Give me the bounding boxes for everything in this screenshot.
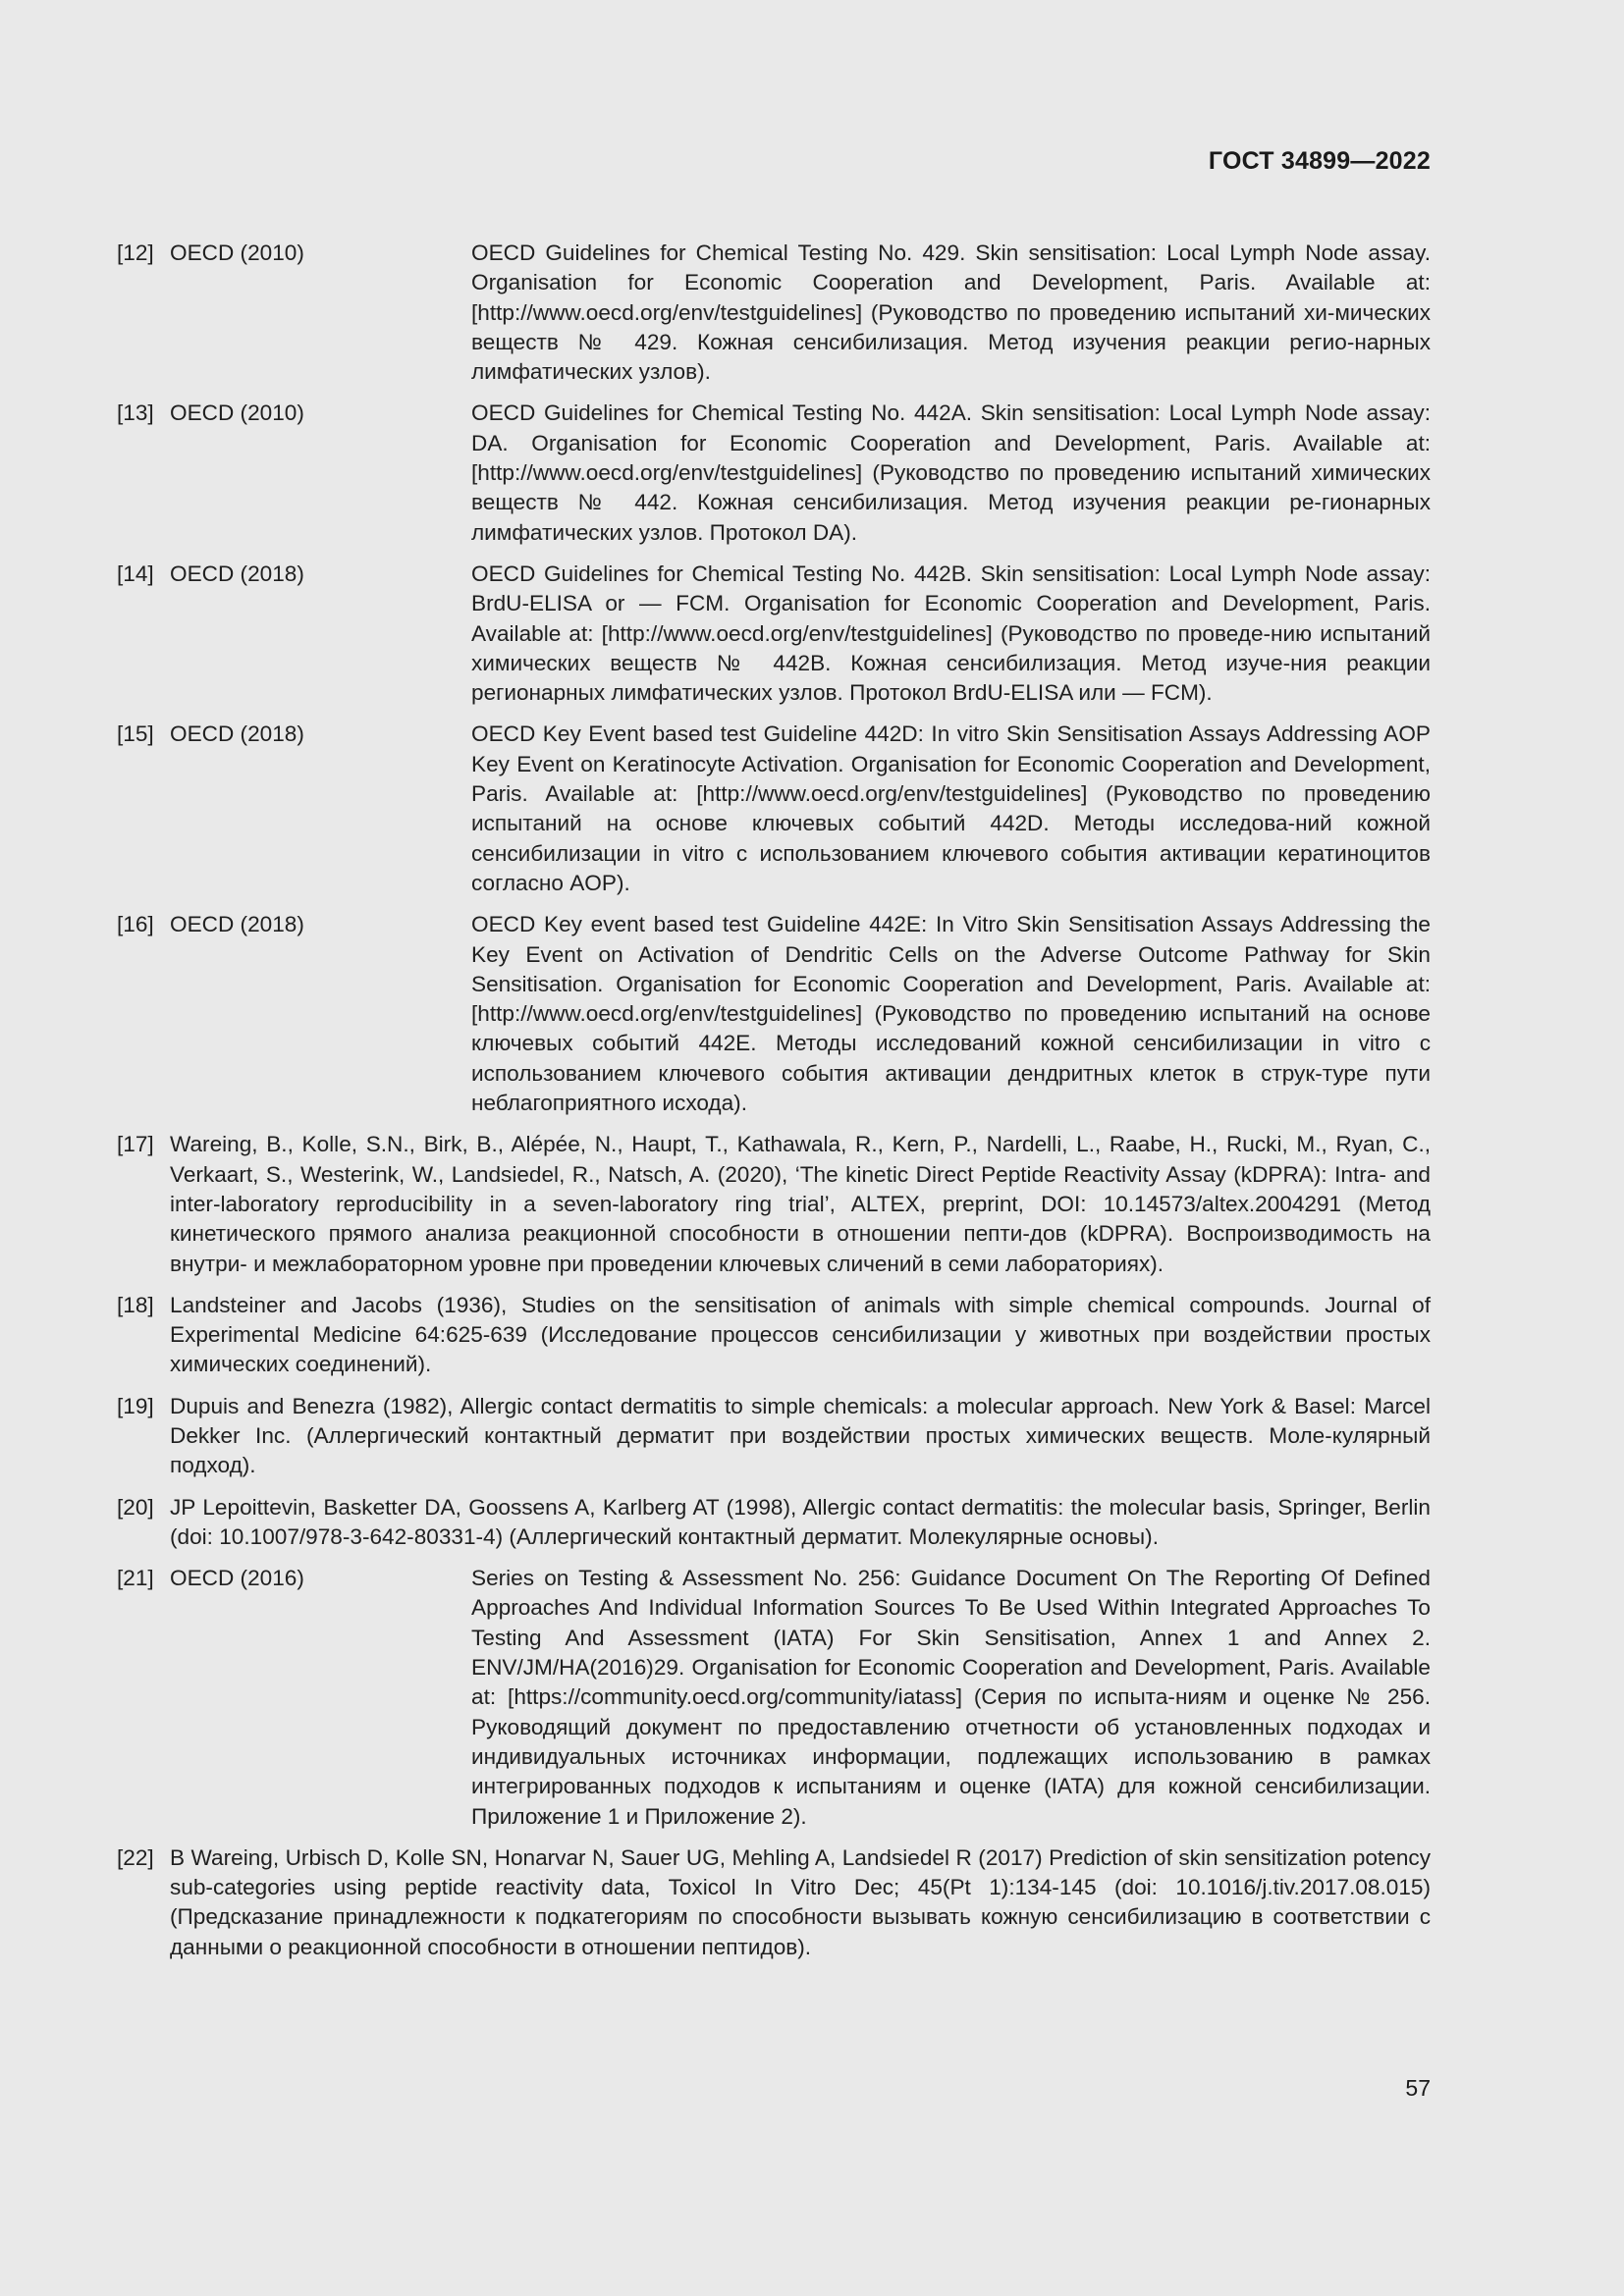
reference-item-14: [14] OECD (2018) OECD Guidelines for Che… bbox=[117, 560, 1431, 708]
reference-author: OECD (2010) bbox=[170, 399, 304, 428]
reference-list: [12] OECD (2010) OECD Guidelines for Che… bbox=[117, 239, 1431, 1974]
reference-text: OECD Guidelines for Chemical Testing No.… bbox=[471, 560, 1431, 708]
reference-item-12: [12] OECD (2010) OECD Guidelines for Che… bbox=[117, 239, 1431, 387]
reference-number: [21] bbox=[117, 1564, 170, 1593]
reference-number: [13] bbox=[117, 399, 170, 428]
reference-author: OECD (2018) bbox=[170, 720, 304, 749]
reference-text: B Wareing, Urbisch D, Kolle SN, Honarvar… bbox=[170, 1843, 1431, 1962]
reference-item-19: [19] Dupuis and Benezra (1982), Allergic… bbox=[117, 1392, 1431, 1481]
reference-item-15: [15] OECD (2018) OECD Key Event based te… bbox=[117, 720, 1431, 898]
reference-number: [19] bbox=[117, 1392, 170, 1421]
reference-text: JP Lepoittevin, Basketter DA, Goossens A… bbox=[170, 1493, 1431, 1553]
reference-text: Landsteiner and Jacobs (1936), Studies o… bbox=[170, 1291, 1431, 1380]
reference-author: OECD (2018) bbox=[170, 910, 304, 939]
document-standard-header: ГОСТ 34899—2022 bbox=[1209, 147, 1431, 176]
reference-text: Dupuis and Benezra (1982), Allergic cont… bbox=[170, 1392, 1431, 1481]
reference-number: [14] bbox=[117, 560, 170, 589]
reference-text: Wareing, B., Kolle, S.N., Birk, B., Alép… bbox=[170, 1130, 1431, 1278]
reference-number: [20] bbox=[117, 1493, 170, 1522]
page-number: 57 bbox=[1405, 2075, 1431, 2102]
reference-author: OECD (2010) bbox=[170, 239, 304, 268]
reference-text: OECD Key event based test Guideline 442E… bbox=[471, 910, 1431, 1118]
reference-item-18: [18] Landsteiner and Jacobs (1936), Stud… bbox=[117, 1291, 1431, 1380]
reference-item-20: [20] JP Lepoittevin, Basketter DA, Gooss… bbox=[117, 1493, 1431, 1553]
reference-number: [18] bbox=[117, 1291, 170, 1320]
reference-number: [16] bbox=[117, 910, 170, 939]
reference-item-13: [13] OECD (2010) OECD Guidelines for Che… bbox=[117, 399, 1431, 547]
reference-item-16: [16] OECD (2018) OECD Key event based te… bbox=[117, 910, 1431, 1118]
reference-number: [15] bbox=[117, 720, 170, 749]
reference-text: OECD Guidelines for Chemical Testing No.… bbox=[471, 239, 1431, 387]
reference-author: OECD (2016) bbox=[170, 1564, 304, 1593]
reference-author: OECD (2018) bbox=[170, 560, 304, 589]
reference-text: OECD Key Event based test Guideline 442D… bbox=[471, 720, 1431, 898]
reference-text: Series on Testing & Assessment No. 256: … bbox=[471, 1564, 1431, 1832]
reference-item-17: [17] Wareing, B., Kolle, S.N., Birk, B.,… bbox=[117, 1130, 1431, 1278]
reference-number: [22] bbox=[117, 1843, 170, 1873]
reference-item-22: [22] B Wareing, Urbisch D, Kolle SN, Hon… bbox=[117, 1843, 1431, 1962]
reference-text: OECD Guidelines for Chemical Testing No.… bbox=[471, 399, 1431, 547]
reference-item-21: [21] OECD (2016) Series on Testing & Ass… bbox=[117, 1564, 1431, 1832]
reference-number: [12] bbox=[117, 239, 170, 268]
reference-number: [17] bbox=[117, 1130, 170, 1159]
